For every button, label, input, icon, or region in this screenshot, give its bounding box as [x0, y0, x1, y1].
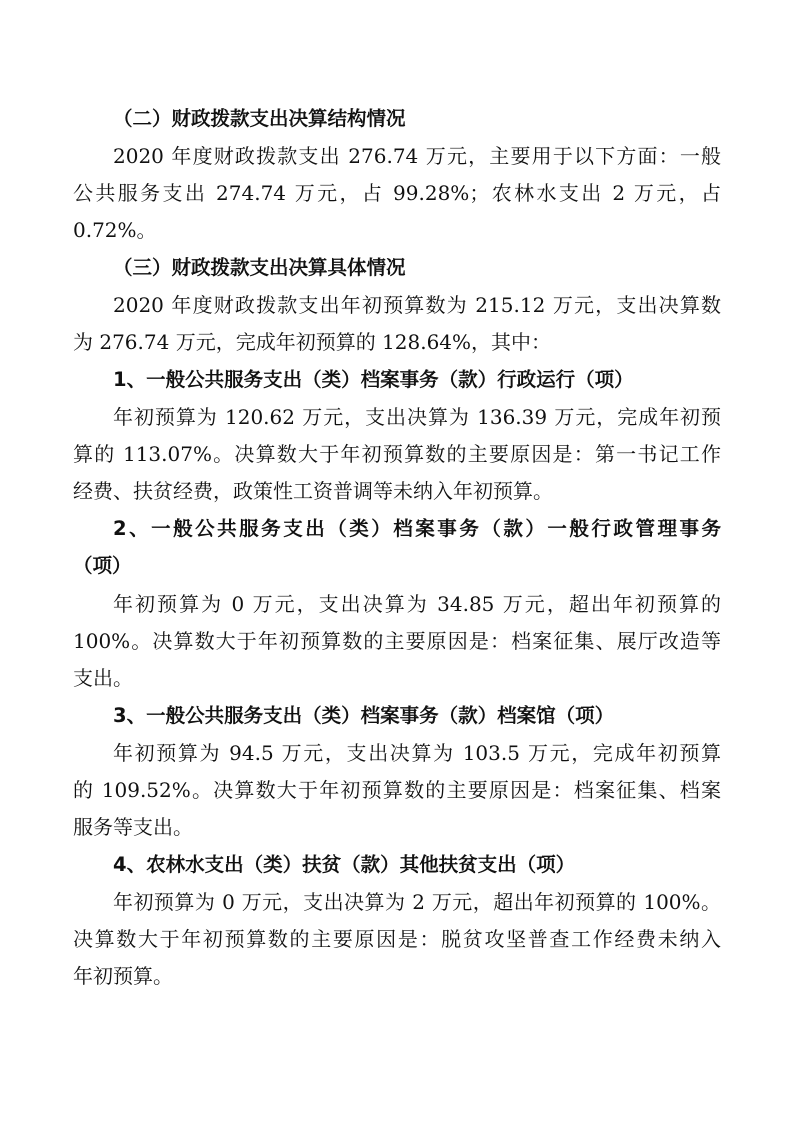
section-heading-structure: （二）财政拨款支出决算结构情况 — [113, 104, 721, 134]
paragraph-line: 0.72%。 — [73, 215, 721, 245]
item-body-line: 年初预算为 0 万元，支出决算为 34.85 万元，超出年初预算的 — [113, 589, 721, 619]
item-body-line: 服务等支出。 — [73, 812, 721, 842]
item-body-line: 经费、扶贫经费，政策性工资普调等未纳入年初预算。 — [73, 476, 721, 506]
item-heading-4: 4、农林水支出（类）扶贫（款）其他扶贫支出（项） — [113, 850, 721, 880]
item-body-line: 年初预算。 — [73, 961, 721, 991]
paragraph-line: 公共服务支出 274.74 万元，占 99.28%；农林水支出 2 万元，占 — [73, 178, 721, 208]
document-page: （二）财政拨款支出决算结构情况 2020 年度财政拨款支出 276.74 万元，… — [0, 0, 793, 1122]
paragraph-line: 2020 年度财政拨款支出 276.74 万元，主要用于以下方面：一般 — [113, 141, 721, 171]
item-body-line: 年初预算为 120.62 万元，支出决算为 136.39 万元，完成年初预 — [113, 402, 721, 432]
item-body-line: 100%。决算数大于年初预算数的主要原因是：档案征集、展厅改造等 — [73, 626, 721, 656]
item-body-line: 年初预算为 94.5 万元，支出决算为 103.5 万元，完成年初预算 — [113, 738, 721, 768]
item-body-line: 决算数大于年初预算数的主要原因是：脱贫攻坚普查工作经费未纳入 — [73, 924, 721, 954]
item-body-line: 年初预算为 0 万元，支出决算为 2 万元，超出年初预算的 100%。 — [113, 887, 721, 917]
item-body-line: 的 109.52%。决算数大于年初预算数的主要原因是：档案征集、档案 — [73, 775, 721, 805]
item-heading-2: 2、一般公共服务支出（类）档案事务（款）一般行政管理事务 — [113, 514, 721, 544]
item-body-line: 支出。 — [73, 663, 721, 693]
item-heading-1: 1、一般公共服务支出（类）档案事务（款）行政运行（项） — [113, 365, 721, 395]
item-body-line: 算的 113.07%。决算数大于年初预算数的主要原因是：第一书记工作 — [73, 439, 721, 469]
item-heading-2-cont: （项） — [73, 551, 721, 581]
section-heading-details: （三）财政拨款支出决算具体情况 — [113, 253, 721, 283]
paragraph-line: 2020 年度财政拨款支出年初预算数为 215.12 万元，支出决算数 — [113, 290, 721, 320]
paragraph-line: 为 276.74 万元，完成年初预算的 128.64%，其中： — [73, 327, 721, 357]
item-heading-3: 3、一般公共服务支出（类）档案事务（款）档案馆（项） — [113, 701, 721, 731]
